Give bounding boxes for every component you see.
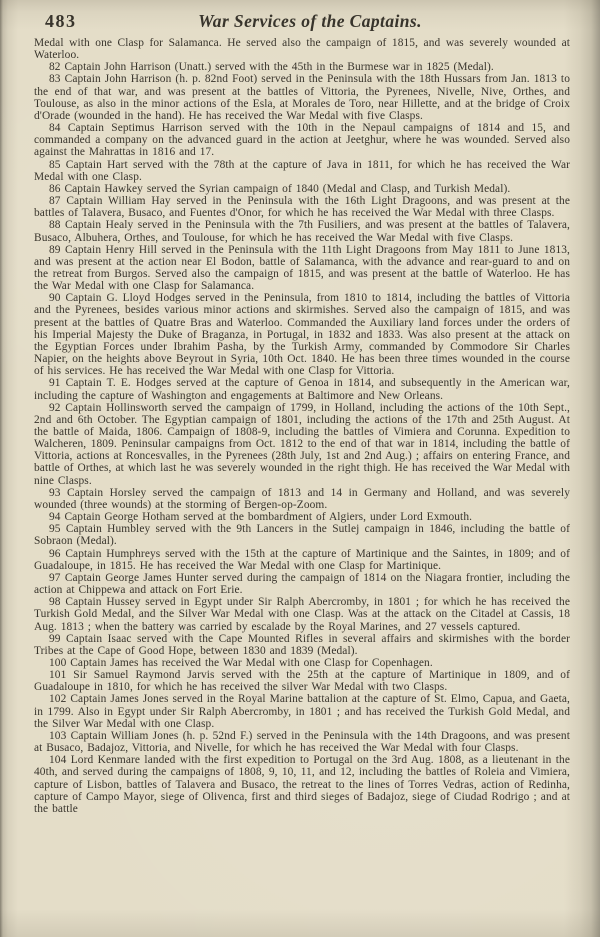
captain-entry-paragraph: 90 Captain G. Lloyd Hodges served in the… [34, 292, 570, 377]
captain-entry-paragraph: 83 Captain John Harrison (h. p. 82nd Foo… [34, 73, 570, 122]
captain-entry-paragraph: 82 Captain John Harrison (Unatt.) served… [34, 61, 570, 73]
captain-entry-paragraph: 102 Captain James Jones served in the Ro… [34, 693, 570, 729]
captain-entry-paragraph: 91 Captain T. E. Hodges served at the ca… [34, 377, 570, 401]
captain-entry-paragraph: 85 Captain Hart served with the 78th at … [34, 159, 570, 183]
book-page: 483 War Services of the Captains. Medal … [0, 0, 600, 937]
captain-entry-paragraph: 92 Captain Hollinsworth served the campa… [34, 402, 570, 487]
running-header-title: War Services of the Captains. [0, 9, 600, 32]
captain-entry-paragraph: 97 Captain George James Hunter served du… [34, 572, 570, 596]
captain-entry-paragraph: 94 Captain George Hotham served at the b… [34, 511, 570, 523]
captain-entry-paragraph: 86 Captain Hawkey served the Syrian camp… [34, 183, 570, 195]
captain-entry-paragraph: 87 Captain William Hay served in the Pen… [34, 195, 570, 219]
page-number: 483 [45, 11, 77, 32]
captain-entry-paragraph: Medal with one Clasp for Salamanca. He s… [34, 37, 570, 61]
page-header: 483 War Services of the Captains. [0, 9, 600, 37]
captain-entry-paragraph: 104 Lord Kenmare landed with the first e… [34, 754, 570, 815]
page-text-body: Medal with one Clasp for Salamanca. He s… [34, 37, 570, 937]
captain-entry-paragraph: 96 Captain Humphreys served with the 15t… [34, 548, 570, 572]
captain-entry-paragraph: 93 Captain Horsley served the campaign o… [34, 487, 570, 511]
captain-entry-paragraph: 99 Captain Isaac served with the Cape Mo… [34, 633, 570, 657]
captain-entry-paragraph: 95 Captain Humbley served with the 9th L… [34, 523, 570, 547]
captain-entry-paragraph: 103 Captain William Jones (h. p. 52nd F.… [34, 730, 570, 754]
captain-entry-paragraph: 100 Captain James has received the War M… [34, 657, 570, 669]
captain-entry-paragraph: 89 Captain Henry Hill served in the Peni… [34, 244, 570, 293]
captain-entry-paragraph: 84 Captain Septimus Harrison served with… [34, 122, 570, 158]
captain-entry-paragraph: 98 Captain Hussey served in Egypt under … [34, 596, 570, 632]
captain-entry-paragraph: 88 Captain Healy served in the Peninsula… [34, 219, 570, 243]
captain-entry-paragraph: 101 Sir Samuel Raymond Jarvis served wit… [34, 669, 570, 693]
